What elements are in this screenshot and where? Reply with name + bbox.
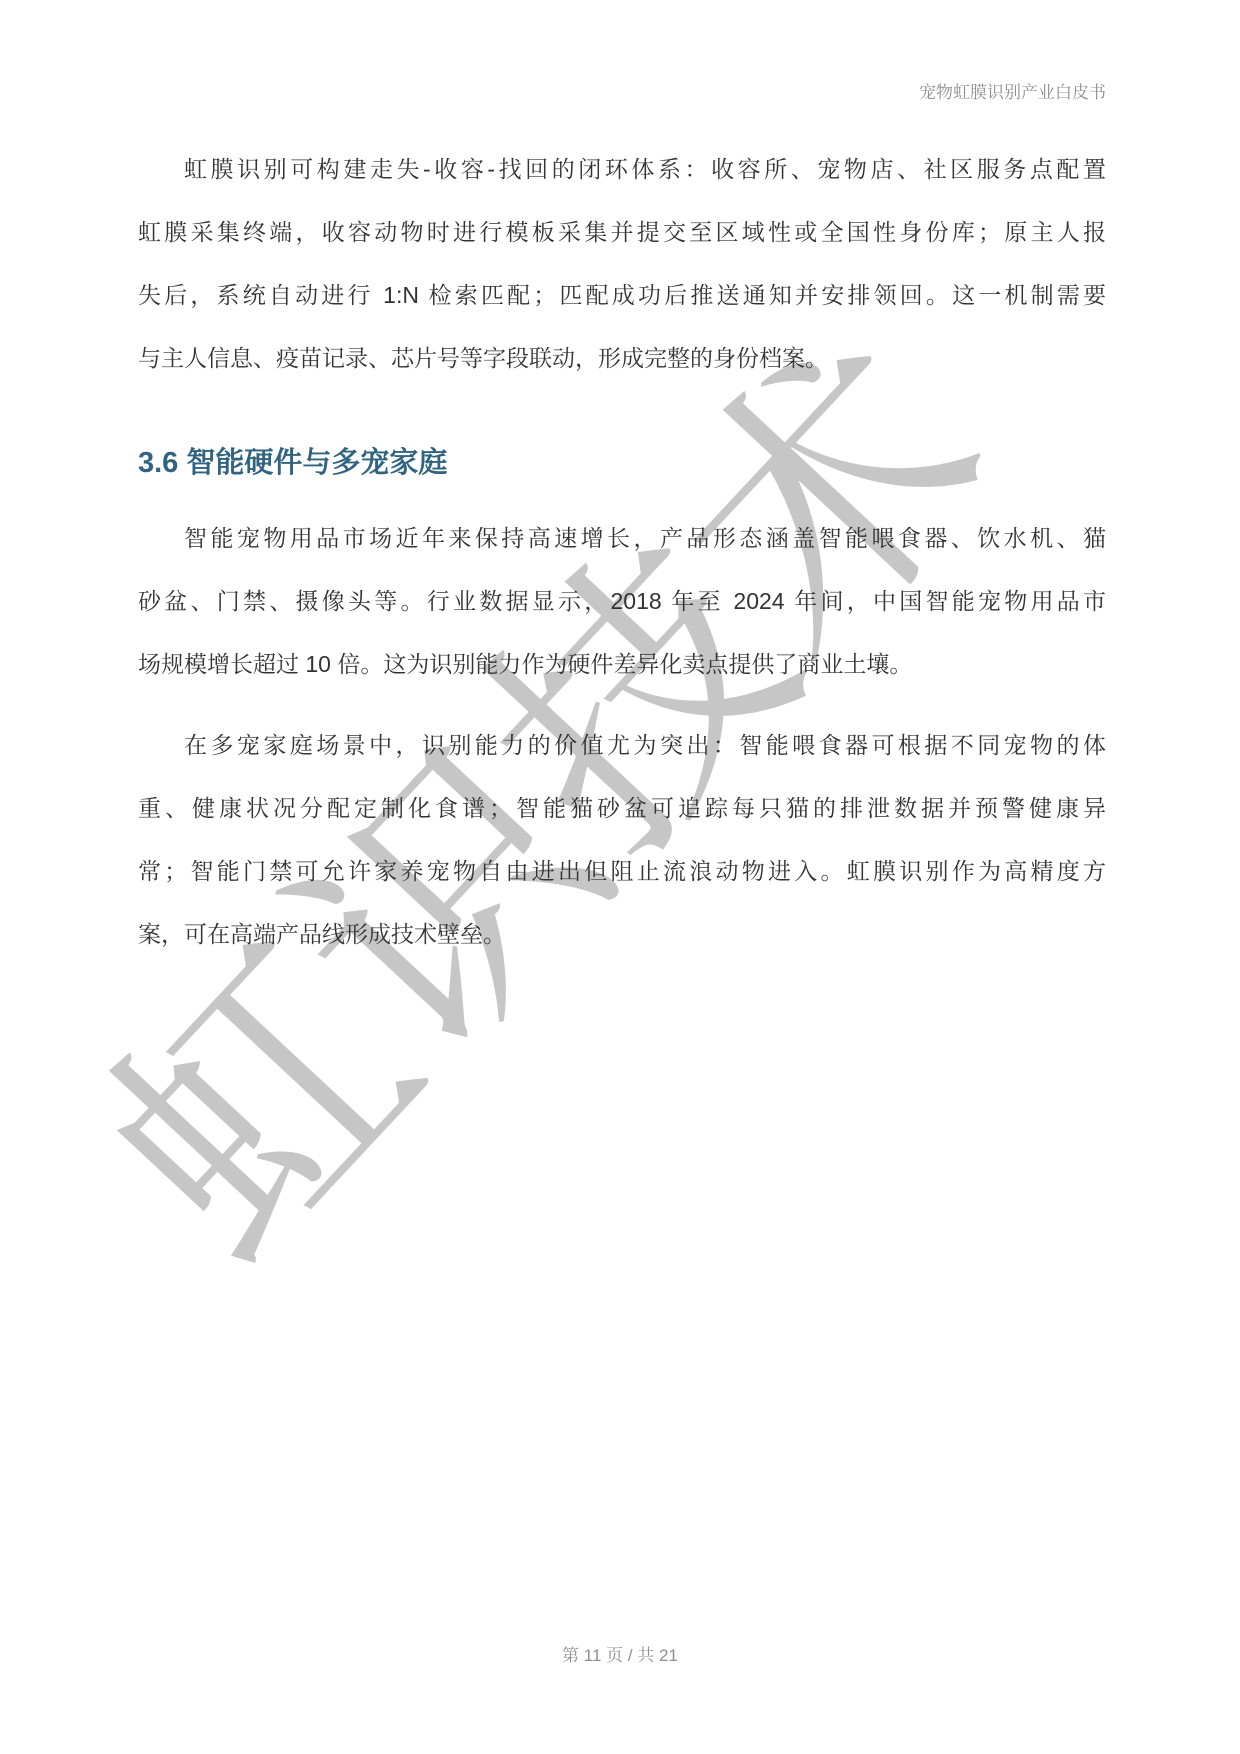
- page-footer: 第 11 页 / 共 21: [0, 1641, 1240, 1666]
- header-title: 宠物虹膜识别产业白皮书: [919, 83, 1106, 102]
- text-line: 砂盆、门禁、摄像头等。行业数据显示，2018 年至 2024 年间，中国智能宠物…: [138, 570, 1106, 633]
- text-line: 重、健康状况分配定制化食谱；智能猫砂盆可追踪每只猫的排泄数据并预警健康异: [138, 777, 1106, 840]
- text-line: 失后，系统自动进行 1:N 检索匹配；匹配成功后推送通知并安排领回。这一机制需要: [138, 264, 1106, 327]
- section-heading: 3.6 智能硬件与多宠家庭: [138, 444, 1106, 483]
- text-line: 与主人信息、疫苗记录、芯片号等字段联动，形成完整的身份档案。: [138, 327, 1106, 390]
- text-line: 在多宠家庭场景中，识别能力的价值尤为突出：智能喂食器可根据不同宠物的体: [138, 714, 1106, 777]
- text-line: 案，可在高端产品线形成技术壁垒。: [138, 903, 1106, 966]
- document-page: 虹识技术 宠物虹膜识别产业白皮书 虹膜识别可构建走失-收容-找回的闭环体系：收容…: [0, 0, 1240, 1754]
- text-line: 场规模增长超过 10 倍。这为识别能力作为硬件差异化卖点提供了商业土壤。: [138, 633, 1106, 696]
- text-line: 虹膜采集终端，收容动物时进行模板采集并提交至区域性或全国性身份库；原主人报: [138, 201, 1106, 264]
- text-line: 智能宠物用品市场近年来保持高速增长，产品形态涵盖智能喂食器、饮水机、猫: [138, 507, 1106, 570]
- page-number: 第 11 页 / 共 21: [562, 1646, 678, 1665]
- text-line: 常；智能门禁可允许家养宠物自由进出但阻止流浪动物进入。虹膜识别作为高精度方: [138, 840, 1106, 903]
- text-line: 虹膜识别可构建走失-收容-找回的闭环体系：收容所、宠物店、社区服务点配置: [138, 138, 1106, 201]
- paragraph: 智能宠物用品市场近年来保持高速增长，产品形态涵盖智能喂食器、饮水机、猫砂盆、门禁…: [138, 507, 1106, 696]
- paragraph: 虹膜识别可构建走失-收容-找回的闭环体系：收容所、宠物店、社区服务点配置虹膜采集…: [138, 138, 1106, 390]
- document-body: 虹膜识别可构建走失-收容-找回的闭环体系：收容所、宠物店、社区服务点配置虹膜采集…: [138, 138, 1106, 966]
- paragraph: 在多宠家庭场景中，识别能力的价值尤为突出：智能喂食器可根据不同宠物的体重、健康状…: [138, 714, 1106, 966]
- page-header: 宠物虹膜识别产业白皮书: [138, 78, 1106, 103]
